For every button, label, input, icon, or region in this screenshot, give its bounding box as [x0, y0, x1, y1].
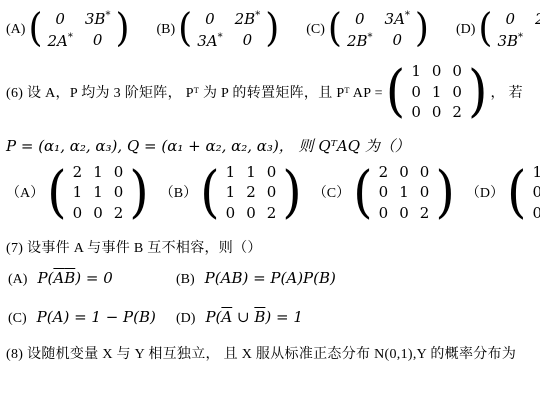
left-paren-icon: ( — [478, 12, 492, 48]
q6-option-a: （A） (210110002) — [6, 162, 152, 224]
matrix-cell: 0 — [399, 164, 409, 181]
q6-option-d: （D） (100020002) — [466, 162, 540, 224]
q5-option-b: (B) (02B*3A*0) — [157, 8, 283, 51]
matrix-cell: 0 — [379, 205, 389, 222]
matrix-cell: 0 — [399, 205, 409, 222]
left-paren-icon: ( — [353, 167, 373, 217]
matrix-cell: 3A* — [385, 10, 410, 28]
q7-option-c-label: (C) — [8, 311, 27, 327]
matrix-cell: 0 — [235, 32, 261, 49]
q6-option-a-matrix: (210110002) — [47, 162, 149, 224]
matrix-cell: 0 — [114, 184, 124, 201]
left-paren-icon: ( — [386, 67, 406, 117]
matrix-cell: 2 — [452, 104, 462, 121]
q6-stem-line2: P = (α₁, α₂, α₃), Q = (α₁ + α₂, α₂, α₃)，… — [0, 123, 540, 156]
matrix-cell: 0 — [246, 205, 256, 222]
q6-option-c-matrix: (200010002) — [353, 162, 455, 224]
matrix-cell: 2A* — [47, 32, 72, 50]
matrix-cell: 0 — [226, 205, 236, 222]
left-paren-icon: ( — [178, 12, 192, 48]
left-paren-icon: ( — [507, 167, 527, 217]
left-paren-icon: ( — [47, 167, 67, 217]
matrix-cell: 1 — [226, 184, 236, 201]
q5-options-row: (A) (03B*2A*0) (B) (02B*3A*0) (C) (03A*2… — [0, 0, 540, 51]
q7-option-c-formula: P(A) = 1 − P(B) — [37, 308, 156, 326]
q6-stem-before: (6) 设 A，P 均为 3 阶矩阵， Pᵀ 为 P 的转置矩阵，且 Pᵀ AP… — [6, 82, 383, 102]
q7-option-a-formula: P(AB) = 0 — [37, 269, 112, 287]
matrix-cell: 0 — [411, 84, 421, 101]
matrix-cell: 2 — [267, 205, 277, 222]
matrix-cell: 1 — [226, 164, 236, 181]
q7-option-d-formula: P(A ∪ B) = 1 — [205, 308, 302, 326]
matrix-cell: 0 — [411, 104, 421, 121]
matrix-cell: 0 — [532, 184, 540, 201]
q5-option-c: (C) (03A*2B*0) — [306, 8, 432, 51]
q6-stem-line1: (6) 设 A，P 均为 3 阶矩阵， Pᵀ 为 P 的转置矩阵，且 Pᵀ AP… — [0, 51, 540, 123]
matrix-cell: 1 — [93, 164, 103, 181]
left-paren-icon: ( — [28, 12, 42, 48]
matrix-cell: 0 — [432, 104, 442, 121]
q7-option-a-label: (A) — [8, 272, 27, 288]
matrix-cell: 1 — [432, 84, 442, 101]
matrix-cell: 1 — [93, 184, 103, 201]
q6-option-c-label: （C） — [313, 182, 350, 202]
matrix-cell: 0 — [197, 11, 222, 28]
q7-option-a: (A) P(AB) = 0 — [8, 269, 176, 288]
matrix-cell: 0 — [379, 184, 389, 201]
q6-stem-after: ， 若 — [490, 82, 522, 102]
q6-matrix: (100010002) — [386, 61, 488, 123]
q5-option-d-label: (D) — [456, 22, 475, 38]
matrix-cell: 3A* — [197, 32, 222, 50]
q7-options-grid: (A) P(AB) = 0 (B) P(AB) = P(A)P(B) (C) P… — [0, 257, 540, 327]
left-paren-icon: ( — [328, 12, 342, 48]
matrix-cell: 2 — [114, 205, 124, 222]
matrix-cell: 0 — [347, 11, 373, 28]
matrix-cell: 0 — [452, 63, 462, 80]
matrix-cell: 3B* — [497, 32, 523, 50]
right-paren-icon: ) — [265, 12, 279, 48]
q7-option-d: (D) P(A ∪ B) = 1 — [176, 308, 336, 327]
q7-option-b: (B) P(AB) = P(A)P(B) — [176, 269, 336, 288]
q7-option-b-formula: P(AB) = P(A)P(B) — [205, 269, 336, 287]
left-paren-icon: ( — [200, 167, 220, 217]
q6-option-a-label: （A） — [6, 182, 44, 202]
q5-option-a-label: (A) — [6, 22, 25, 38]
matrix-cell: 1 — [73, 184, 83, 201]
matrix-cell: 3B* — [85, 10, 111, 28]
matrix-cell: 0 — [535, 32, 540, 49]
matrix-cell: 0 — [420, 184, 430, 201]
q8-stem: (8) 设随机变量 X 与 Y 相互独立， 且 X 服从标准正态分布 N(0,1… — [0, 327, 540, 363]
matrix-cell: 0 — [385, 32, 410, 49]
matrix-cell: 0 — [452, 84, 462, 101]
q5-option-c-matrix: (03A*2B*0) — [328, 8, 429, 51]
q5-option-d-matrix: (02A*3B*0) — [478, 8, 540, 51]
right-paren-icon: ) — [282, 167, 302, 217]
q5-option-b-label: (B) — [157, 22, 176, 38]
q6-option-c: （C） (200010002) — [313, 162, 458, 224]
matrix-cell: 0 — [432, 63, 442, 80]
right-paren-icon: ) — [115, 12, 129, 48]
q6-option-b-matrix: (110120002) — [200, 162, 302, 224]
q5-option-d: (D) (02A*3B*0) — [456, 8, 540, 51]
right-paren-icon: ) — [129, 167, 149, 217]
q6-option-d-matrix: (100020002) — [507, 162, 540, 224]
exam-document: (A) (03B*2A*0) (B) (02B*3A*0) (C) (03A*2… — [0, 0, 540, 408]
q7-option-b-label: (B) — [176, 272, 195, 288]
q7-option-d-label: (D) — [176, 311, 195, 327]
matrix-cell: 2 — [246, 184, 256, 201]
q5-option-b-matrix: (02B*3A*0) — [178, 8, 279, 51]
q5-option-a-matrix: (03B*2A*0) — [28, 8, 129, 51]
q6-option-b-label: （B） — [160, 182, 197, 202]
matrix-cell: 0 — [267, 184, 277, 201]
matrix-cell: 1 — [411, 63, 421, 80]
right-paren-icon: ) — [435, 167, 455, 217]
matrix-cell: 0 — [114, 164, 124, 181]
q7-option-c: (C) P(A) = 1 − P(B) — [8, 308, 176, 327]
matrix-cell: 0 — [93, 205, 103, 222]
matrix-cell: 0 — [267, 164, 277, 181]
matrix-cell: 0 — [73, 205, 83, 222]
matrix-cell: 1 — [399, 184, 409, 201]
matrix-cell: 2 — [73, 164, 83, 181]
matrix-cell: 2B* — [235, 10, 261, 28]
q5-option-c-label: (C) — [306, 22, 325, 38]
matrix-cell: 2 — [379, 164, 389, 181]
q7-stem: (7) 设事件 A 与事件 B 互不相容，则（） — [0, 223, 540, 257]
matrix-cell: 2 — [420, 205, 430, 222]
right-paren-icon: ) — [468, 67, 488, 117]
q5-option-a: (A) (03B*2A*0) — [6, 8, 133, 51]
q6-option-b: （B） (110120002) — [160, 162, 305, 224]
q6-options-row: （A） (210110002) （B） (110120002) （C） (200… — [0, 156, 540, 224]
matrix-cell: 0 — [85, 32, 111, 49]
right-paren-icon: ) — [415, 12, 429, 48]
matrix-cell: 0 — [47, 11, 72, 28]
matrix-cell: 2A* — [535, 10, 540, 28]
matrix-cell: 0 — [532, 205, 540, 222]
matrix-cell: 0 — [420, 164, 430, 181]
matrix-cell: 1 — [532, 164, 540, 181]
matrix-cell: 2B* — [347, 32, 373, 50]
matrix-cell: 0 — [497, 11, 523, 28]
matrix-cell: 1 — [246, 164, 256, 181]
q6-option-d-label: （D） — [466, 182, 504, 202]
